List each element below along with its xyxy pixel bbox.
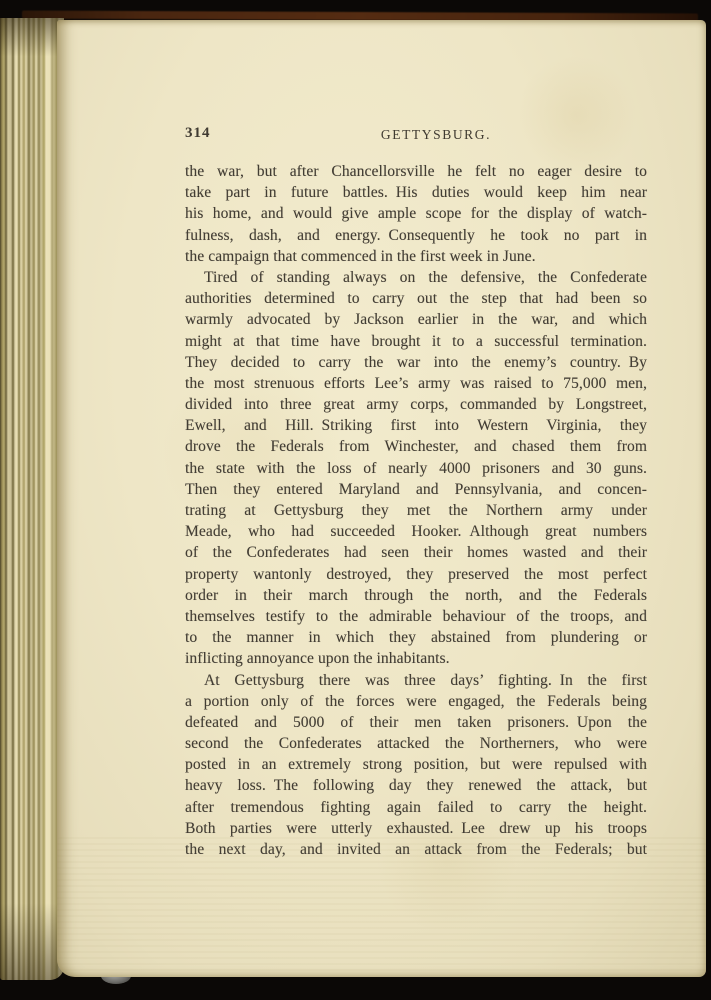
text-line: Both parties were utterly exhausted. Lee… xyxy=(185,818,647,839)
text-line: after tremendous fighting again failed t… xyxy=(185,797,647,818)
text-line: of the Confederates had seen their homes… xyxy=(185,542,647,563)
text-line: might at that time have brought it to a … xyxy=(185,331,647,352)
text-line: the state with the loss of nearly 4000 p… xyxy=(185,458,647,479)
text-line: warmly advocated by Jackson earlier in t… xyxy=(185,309,647,330)
text-line: At Gettysburg there was three days’ figh… xyxy=(185,670,647,691)
text-line: take part in future battles. His duties … xyxy=(185,182,647,203)
text-line: property wantonly destroyed, they preser… xyxy=(185,564,647,585)
text-line: fulness, dash, and energy. Consequently … xyxy=(185,225,647,246)
book-page: 314 GETTYSBURG. the war, but after Chanc… xyxy=(57,20,706,977)
text-line: Tired of standing always on the defensiv… xyxy=(185,267,647,288)
text-line: the war, but after Chancellorsville he f… xyxy=(185,161,647,182)
text-line: second the Confederates attacked the Nor… xyxy=(185,733,647,754)
page-number: 314 xyxy=(185,125,211,142)
text-line: inflicting annoyance upon the inhabitant… xyxy=(185,648,647,669)
text-line: the next day, and invited an attack from… xyxy=(185,839,647,860)
text-line: posted in an extremely strong position, … xyxy=(185,754,647,775)
text-line: the most strenuous efforts Lee’s army wa… xyxy=(185,373,647,394)
text-line: heavy loss. The following day they renew… xyxy=(185,775,647,796)
text-line: divided into three great army corps, com… xyxy=(185,394,647,415)
text-line: order in their march through the north, … xyxy=(185,585,647,606)
text-line: drove the Federals from Winchester, and … xyxy=(185,436,647,457)
text-line: his home, and would give ample scope for… xyxy=(185,203,647,224)
text-line: Ewell, and Hill. Striking first into Wes… xyxy=(185,415,647,436)
stacked-page-edges xyxy=(0,18,64,980)
text-line: They decided to carry the war into the e… xyxy=(185,352,647,373)
text-line: authorities determined to carry out the … xyxy=(185,288,647,309)
body-text: the war, but after Chancellorsville he f… xyxy=(185,161,647,860)
chapter-title: GETTYSBURG. xyxy=(381,127,491,143)
paragraph: At Gettysburg there was three days’ figh… xyxy=(185,670,647,861)
text-line: to the manner in which they abstained fr… xyxy=(185,627,647,648)
text-line: trating at Gettysburg they met the North… xyxy=(185,500,647,521)
text-line: themselves testify to the admirable beha… xyxy=(185,606,647,627)
text-line: the campaign that commenced in the first… xyxy=(185,246,647,267)
text-line: Then they entered Maryland and Pennsylva… xyxy=(185,479,647,500)
text-line: a portion only of the forces were engage… xyxy=(185,691,647,712)
book-photo: 314 GETTYSBURG. the war, but after Chanc… xyxy=(0,0,711,1000)
paragraph: Tired of standing always on the defensiv… xyxy=(185,267,647,670)
paragraph: the war, but after Chancellorsville he f… xyxy=(185,161,647,267)
running-head: 314 GETTYSBURG. xyxy=(185,125,647,145)
text-line: defeated and 5000 of their men taken pri… xyxy=(185,712,647,733)
text-line: Meade, who had succeeded Hooker. Althoug… xyxy=(185,521,647,542)
